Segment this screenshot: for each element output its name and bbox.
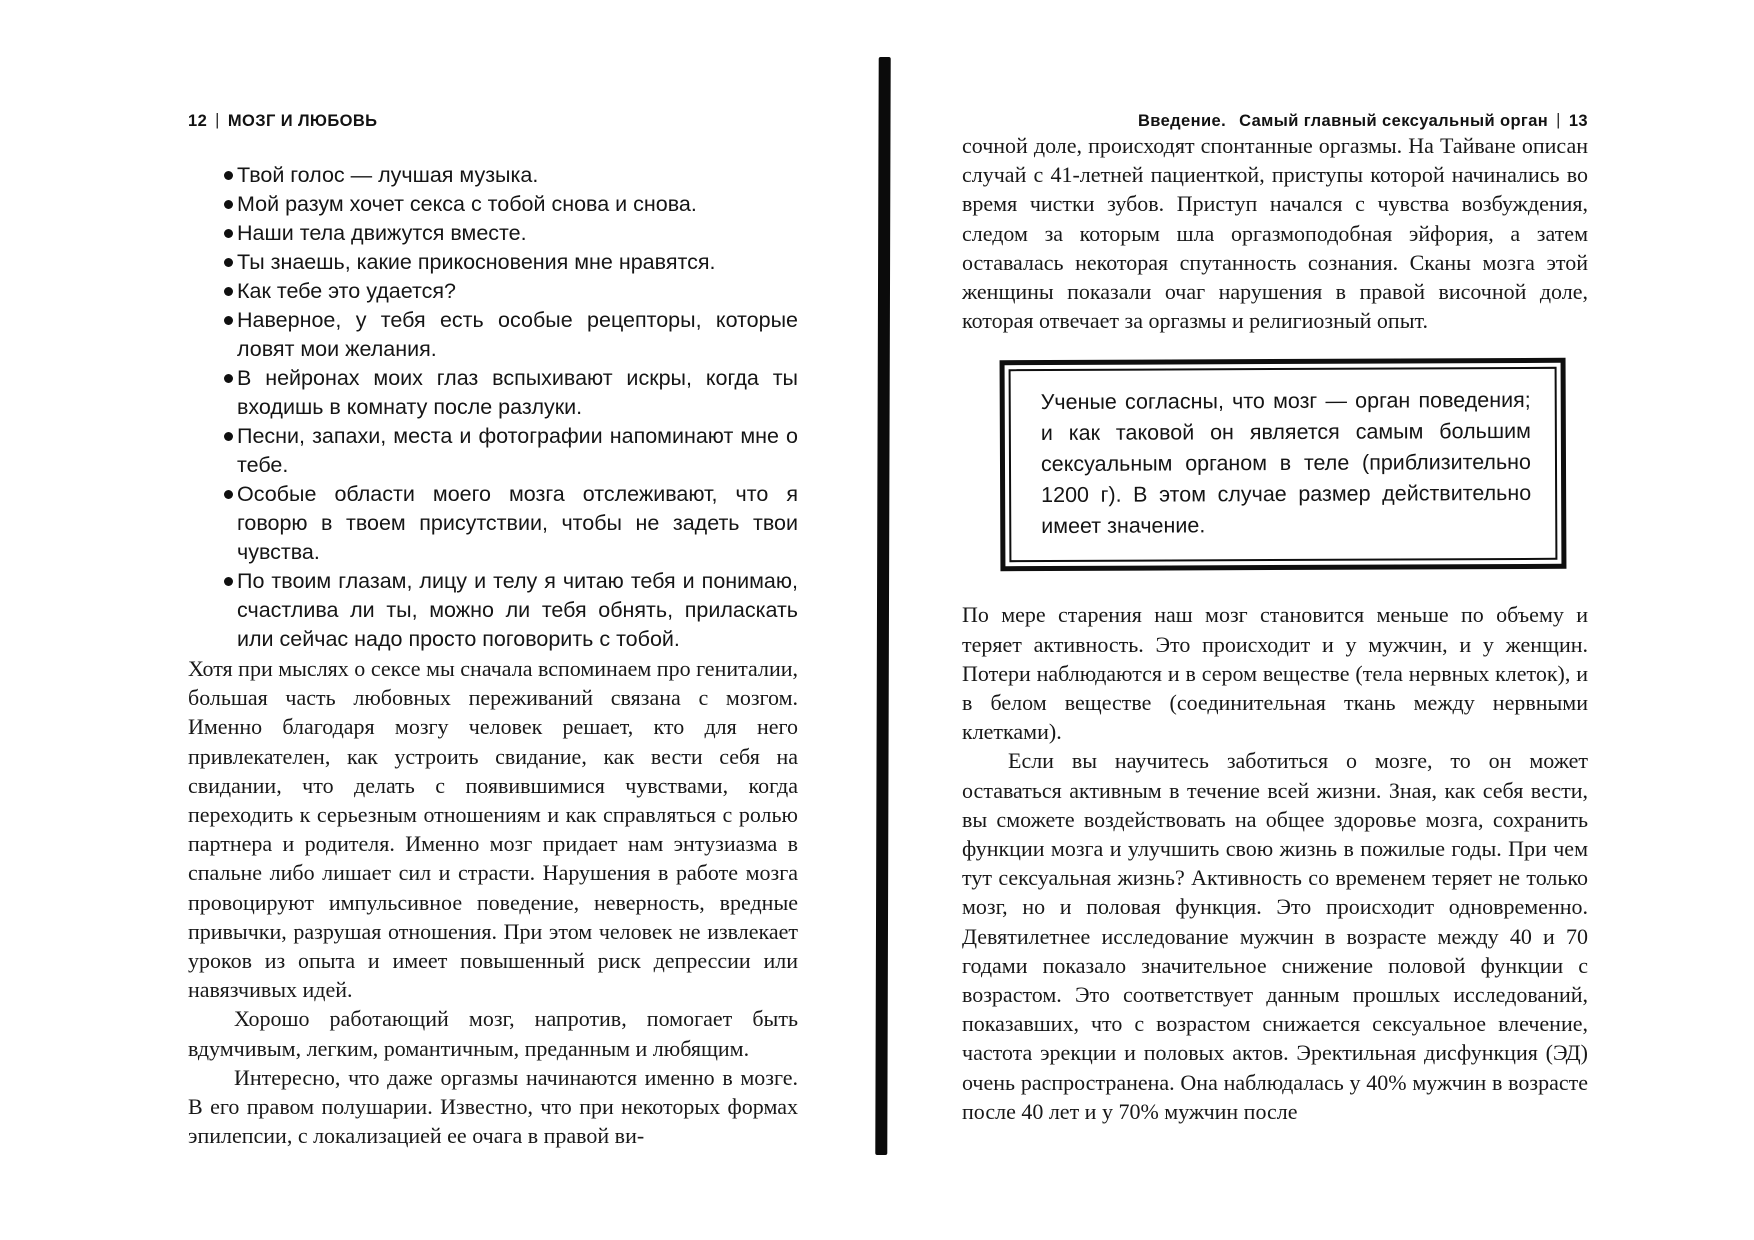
bullet-text: В нейронах моих глаз вспыхивают искры, к… [237, 366, 798, 419]
bullet-text: Наверное, у тебя есть особые рецепторы, … [237, 308, 798, 361]
bullet-list: Твой голос — лучшая музыка. Мой разум хо… [188, 161, 798, 654]
right-body-text-bottom: По мере старения наш мозг становится мен… [962, 600, 1588, 1126]
bullet-text: Ты знаешь, какие прикосновения мне нравя… [237, 250, 715, 274]
bullet-item: Твой голос — лучшая музыка. [188, 161, 798, 190]
right-running-head: Введение.Самый главный сексуальный орган… [962, 112, 1588, 131]
right-page-number: 13 [1569, 112, 1588, 130]
bullet-marker-icon [224, 171, 233, 180]
bullet-text: Песни, запахи, места и фотографии напоми… [237, 424, 798, 477]
bullet-text: Мой разум хочет секса с тобой снова и сн… [237, 192, 697, 216]
bullet-marker-icon [224, 200, 233, 209]
book-spine-shadow [875, 57, 890, 1155]
callout-box: Ученые согласны, что мозг — орган поведе… [1000, 358, 1567, 571]
running-head-separator: | [1556, 111, 1561, 129]
bullet-item: В нейронах моих глаз вспыхивают искры, к… [188, 364, 798, 422]
bullet-marker-icon [224, 374, 233, 383]
bullet-marker-icon [224, 287, 233, 296]
bullet-item: Наши тела движутся вместе. [188, 219, 798, 248]
bullet-item: Как тебе это удается? [188, 277, 798, 306]
bullet-item: Песни, запахи, места и фотографии напоми… [188, 422, 798, 480]
paragraph: Если вы научитесь заботиться о мозге, то… [962, 746, 1588, 1126]
left-page: 12|МОЗГ И ЛЮБОВЬ Твой голос — лучшая муз… [188, 112, 798, 1150]
bullet-item: По твоим глазам, лицу и телу я читаю теб… [188, 567, 798, 654]
right-page: Введение.Самый главный сексуальный орган… [962, 112, 1588, 1126]
paragraph: Хотя при мыслях о сексе мы сначала вспом… [188, 654, 798, 1004]
bullet-marker-icon [224, 577, 233, 586]
paragraph: Интересно, что даже оргазмы начинаются и… [188, 1063, 798, 1151]
bullet-text: Твой голос — лучшая музыка. [237, 163, 538, 187]
bullet-marker-icon [224, 258, 233, 267]
bullet-item: Наверное, у тебя есть особые рецепторы, … [188, 306, 798, 364]
right-body-text-top: сочной доле, происходят спонтанные оргаз… [962, 131, 1588, 335]
book-spread-scan: 12|МОЗГ И ЛЮБОВЬ Твой голос — лучшая муз… [0, 0, 1754, 1240]
left-running-head-title: МОЗГ И ЛЮБОВЬ [228, 112, 378, 130]
bullet-text: Наши тела движутся вместе. [237, 221, 527, 245]
callout-box-text: Ученые согласны, что мозг — орган поведе… [1009, 367, 1558, 562]
left-running-head: 12|МОЗГ И ЛЮБОВЬ [188, 112, 798, 131]
bullet-item: Ты знаешь, какие прикосновения мне нравя… [188, 248, 798, 277]
bullet-marker-icon [224, 490, 233, 499]
right-running-head-chapter: Введение. [1138, 112, 1226, 130]
paragraph: Хорошо работающий мозг, напротив, помога… [188, 1004, 798, 1062]
paragraph: сочной доле, происходят спонтанные оргаз… [962, 131, 1588, 335]
left-body-text: Хотя при мыслях о сексе мы сначала вспом… [188, 654, 798, 1150]
right-running-head-title: Самый главный сексуальный орган [1239, 112, 1548, 130]
bullet-item: Особые области моего мозга отслеживают, … [188, 480, 798, 567]
bullet-marker-icon [224, 229, 233, 238]
bullet-marker-icon [224, 432, 233, 441]
bullet-item: Мой разум хочет секса с тобой снова и сн… [188, 190, 798, 219]
bullet-marker-icon [224, 316, 233, 325]
bullet-text: По твоим глазам, лицу и телу я читаю теб… [237, 569, 798, 651]
running-head-separator: | [215, 111, 220, 129]
bullet-text: Как тебе это удается? [237, 279, 456, 303]
paragraph: По мере старения наш мозг становится мен… [962, 600, 1588, 746]
left-page-number: 12 [188, 112, 207, 130]
bullet-text: Особые области моего мозга отслеживают, … [237, 482, 798, 564]
